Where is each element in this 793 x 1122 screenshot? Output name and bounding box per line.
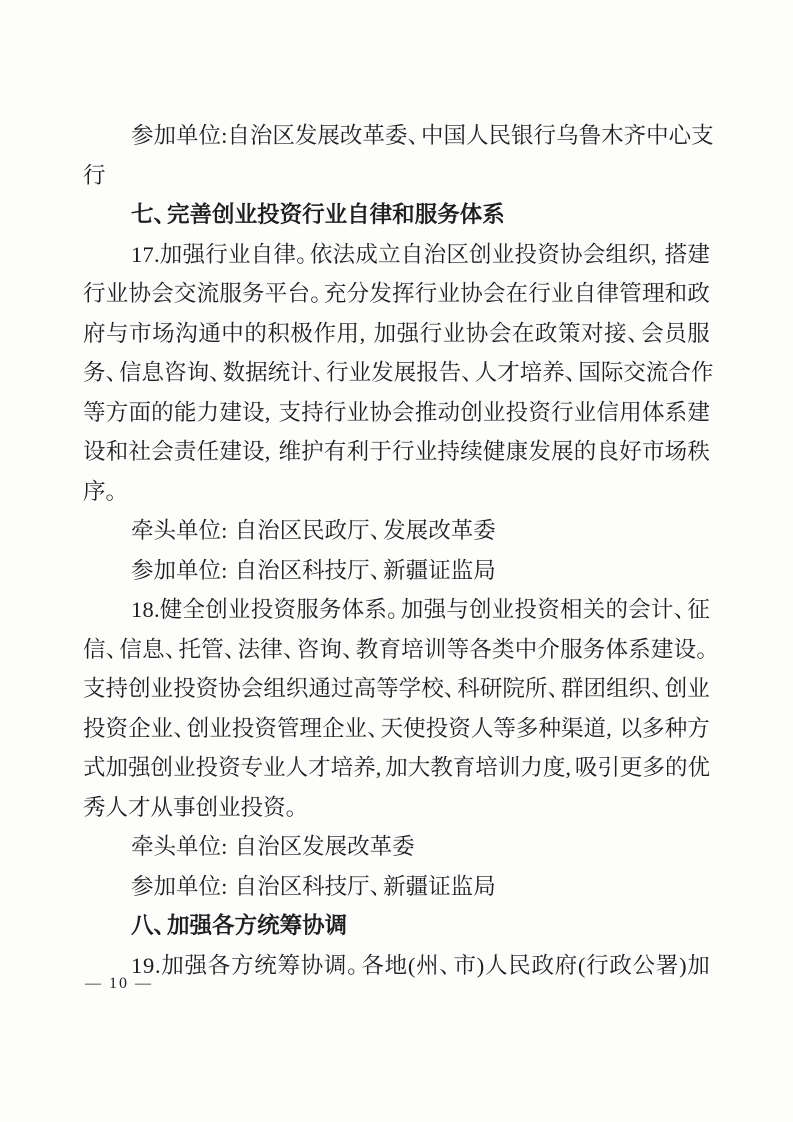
text-line: 牵头单位:自治区发展改革委 [83,827,710,867]
section-heading: 八、加强各方统筹协调 [83,906,710,946]
text-line: 务、信息咨询、数据统计、行业发展报告、人才培养、国际交流合作 [83,353,710,393]
text-line: 序。 [83,472,710,512]
text-line: 式加强创业投资专业人才培养,加大教育培训力度,吸引更多的优 [83,748,710,788]
text-line: 府与市场沟通中的积极作用,加强行业协会在政策对接、会员服 [83,314,710,354]
text-line: 行 [83,156,710,196]
text-column: 参加单位:自治区发展改革委、中国人民银行乌鲁木齐中心支行七、完善创业投资行业自律… [83,116,710,985]
text-line: 支持创业投资协会组织通过高等学校、科研院所、群团组织、创业 [83,669,710,709]
text-line: 18.健全创业投资服务体系。加强与创业投资相关的会计、征 [83,590,710,630]
text-line: 参加单位:自治区科技厅、新疆证监局 [83,867,710,907]
page-number: — 10 — [85,974,153,994]
text-line: 行业协会交流服务平台。充分发挥行业协会在行业自律管理和政 [83,274,710,314]
text-line: 参加单位:自治区科技厅、新疆证监局 [83,551,710,591]
text-line: 牵头单位:自治区民政厅、发展改革委 [83,511,710,551]
section-heading: 七、完善创业投资行业自律和服务体系 [83,195,710,235]
text-line: 信、信息、托管、法律、咨询、教育培训等各类中介服务体系建设。 [83,630,710,670]
text-line: 17.加强行业自律。依法成立自治区创业投资协会组织,搭建 [83,235,710,275]
text-line: 设和社会责任建设,维护有利于行业持续健康发展的良好市场秩 [83,432,710,472]
text-line: 秀人才从事创业投资。 [83,788,710,828]
text-line: 参加单位:自治区发展改革委、中国人民银行乌鲁木齐中心支 [83,116,710,156]
document-page: 参加单位:自治区发展改革委、中国人民银行乌鲁木齐中心支行七、完善创业投资行业自律… [0,0,793,1122]
text-line: 等方面的能力建设,支持行业协会推动创业投资行业信用体系建 [83,393,710,433]
text-line: 投资企业、创业投资管理企业、天使投资人等多种渠道,以多种方 [83,709,710,749]
text-line: 19.加强各方统筹协调。各地(州、市)人民政府(行政公署)加 [83,946,710,986]
